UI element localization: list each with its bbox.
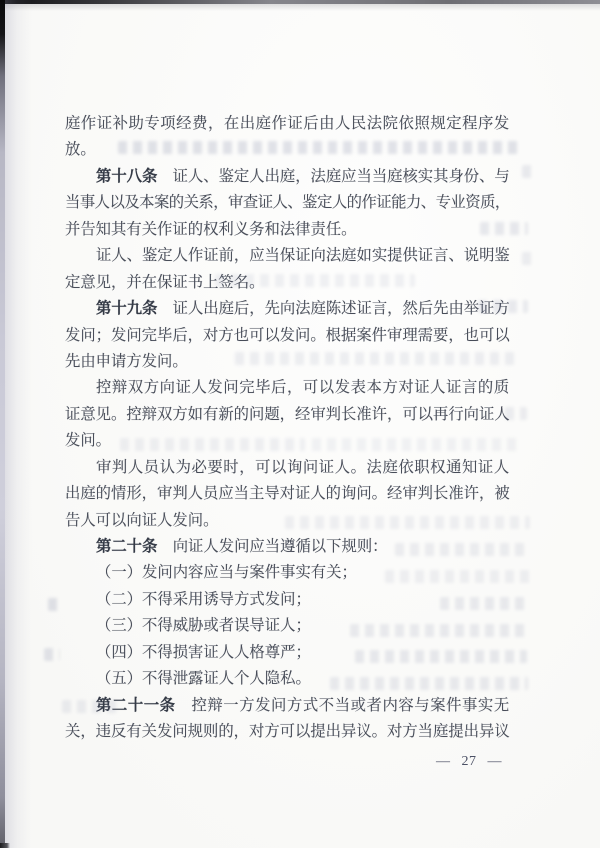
line-text: （二）不得采用诱导方式发问； <box>96 591 311 608</box>
text-line: 发问；发问完毕后，对方也可以发问。根据案件审理需要，也可以 <box>65 323 510 349</box>
bleedthrough-smudge <box>235 352 520 365</box>
scanned-document-page: 庭作证补助专项经费，在出庭作证后由人民法院依照规定程序发放。第十八条 证人、鉴定… <box>0 0 600 848</box>
bleedthrough-smudge <box>440 597 528 610</box>
line-text: 关，违反有关发问规则的，对方可以提出异议。对方当庭提出异议 <box>65 723 510 740</box>
bleedthrough-smudge <box>312 438 520 451</box>
bleedthrough-smudge <box>350 624 528 637</box>
text-line: 证人、鉴定人作证前，应当保证向法庭如实提供证言、说明鉴 <box>65 243 510 269</box>
line-text: 放。 <box>65 141 96 158</box>
line-text: 控辩双方向证人发问完毕后，可以发表本方对证人证言的质 <box>96 379 510 396</box>
text-line: 控辩双方向证人发问完毕后，可以发表本方对证人证言的质 <box>65 375 510 401</box>
line-text: （五）不得泄露证人个人隐私。 <box>96 670 311 687</box>
text-line: 出庭的情形，审判人员应当主导对证人的询问。经审判长准许，被 <box>65 481 510 507</box>
article-number: 第十八条 <box>96 168 173 185</box>
article-number: 第二十条 <box>96 538 173 555</box>
line-text: 当事人以及本案的关系，审查证人、鉴定人的作证能力、专业资质， <box>65 194 510 211</box>
bleedthrough-smudge <box>385 570 530 583</box>
line-text: 控辩一方发问方式不当或者内容与案件事实无 <box>191 697 509 714</box>
text-line: 第二十一条 控辩一方发问方式不当或者内容与案件事实无 <box>65 693 510 719</box>
line-text: 审判人员认为必要时，可以询问证人。法庭依职权通知证人 <box>96 459 510 476</box>
line-text: 先由申请方发问。 <box>65 353 188 370</box>
bleedthrough-smudge <box>522 165 532 178</box>
page-gutter-shadow <box>5 0 32 848</box>
line-text: （四）不得损害证人人格尊严； <box>96 644 311 661</box>
line-text: 庭作证补助专项经费，在出庭作证后由人民法院依照规定程序发 <box>65 115 510 132</box>
bleedthrough-smudge <box>120 438 305 451</box>
bleedthrough-smudge <box>478 300 528 313</box>
line-text: 证意见。控辩双方如有新的问题，经审判长准许，可以再行向证人 <box>65 406 510 423</box>
line-text: 并告知其有关作证的权利义务和法律责任。 <box>65 221 357 238</box>
bleedthrough-smudge <box>44 648 60 661</box>
line-text: 发问。 <box>65 432 111 449</box>
text-line: 第十八条 证人、鉴定人出庭，法庭应当当庭核实其身份、与 <box>65 164 510 190</box>
text-line: 庭作证补助专项经费，在出庭作证后由人民法院依照规定程序发 <box>65 111 510 137</box>
line-text: 发问；发问完毕后，对方也可以发问。根据案件审理需要，也可以 <box>65 327 510 344</box>
bleedthrough-smudge <box>48 598 62 611</box>
text-line: 关，违反有关发问规则的，对方可以提出异议。对方当庭提出异议 <box>65 719 510 745</box>
line-text: 证人、鉴定人作证前，应当保证向法庭如实提供证言、说明鉴 <box>96 247 510 264</box>
text-line: 第十九条 证人出庭后，先向法庭陈述证言，然后先由举证方 <box>65 296 510 322</box>
bleedthrough-smudge <box>285 516 530 529</box>
line-text: 向证人发问应当遵循以下规则： <box>173 538 388 555</box>
article-number: 第十九条 <box>96 300 173 317</box>
text-line: 审判人员认为必要时，可以询问证人。法庭依职权通知证人 <box>65 455 510 481</box>
bleedthrough-smudge <box>522 252 532 265</box>
bleedthrough-smudge <box>395 543 530 556</box>
bleedthrough-smudge <box>62 700 117 713</box>
text-line: 当事人以及本案的关系，审查证人、鉴定人的作证能力、专业资质， <box>65 190 510 216</box>
bleedthrough-smudge <box>330 677 528 690</box>
line-text: 证人、鉴定人出庭，法庭应当当庭核实其身份、与 <box>173 168 510 185</box>
line-text: （三）不得威胁或者误导证人； <box>96 617 311 634</box>
scan-corner-mark <box>0 843 10 848</box>
line-text: 告人可以向证人发问。 <box>65 512 218 529</box>
text-line: 证意见。控辩双方如有新的问题，经审判长准许，可以再行向证人 <box>65 402 510 428</box>
bleedthrough-smudge <box>480 222 528 235</box>
bleedthrough-smudge <box>118 141 520 154</box>
text-line: 并告知其有关作证的权利义务和法律责任。 <box>65 217 510 243</box>
bleedthrough-smudge <box>215 274 415 287</box>
line-text: 出庭的情形，审判人员应当主导对证人的询问。经审判长准许，被 <box>65 485 510 502</box>
scan-edge-top-shadow <box>0 4 600 11</box>
bleedthrough-smudge <box>355 650 527 663</box>
page-number: — 27 — <box>436 754 502 770</box>
line-text: 证人出庭后，先向法庭陈述证言，然后先由举证方 <box>173 300 510 317</box>
line-text: （一）发问内容应当与案件事实有关； <box>96 564 357 581</box>
bleedthrough-smudge <box>505 407 527 420</box>
